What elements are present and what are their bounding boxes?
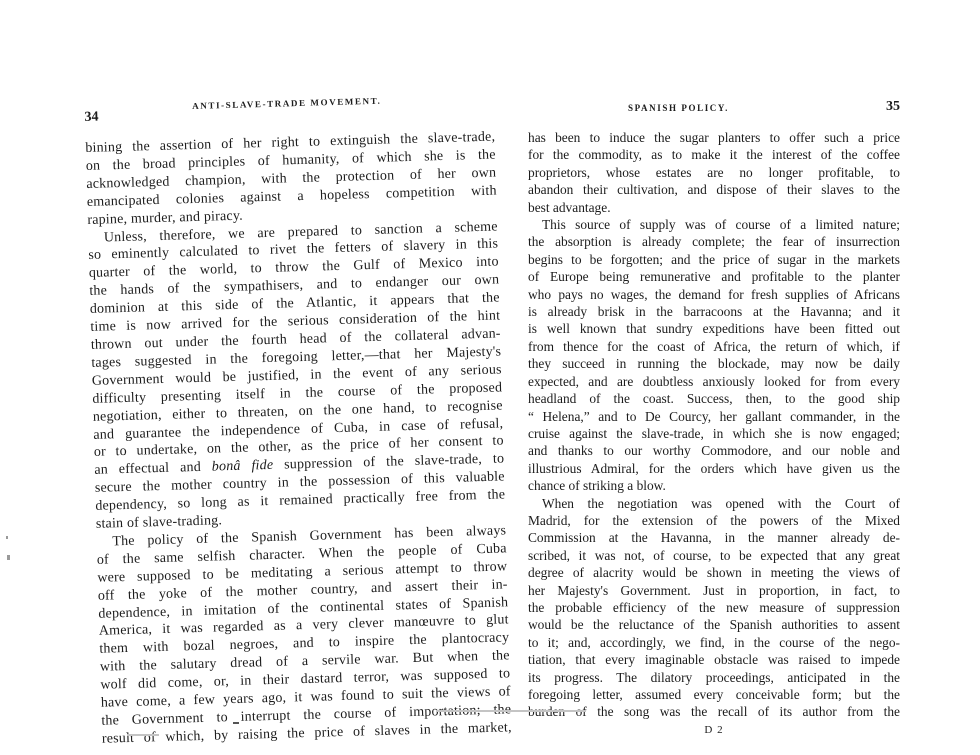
text-line: from thence for the coast of Africa, the… — [528, 338, 900, 355]
text-line: would be the reluctance of the Spanish a… — [528, 616, 900, 633]
text-line: foregoing letter, assumed every conceiva… — [528, 686, 900, 703]
left-page-number: 34 — [84, 110, 98, 126]
text-line: chance of striking a blow. — [528, 477, 900, 494]
text-line: “ Helena,” and to De Courcy, her gallant… — [528, 408, 900, 425]
text-line: When the negotiation was opened with the… — [528, 495, 900, 512]
right-running-head-title: SPANISH POLICY. — [628, 103, 729, 113]
right-page-number: 35 — [886, 99, 900, 115]
right-page-body: has been to induce the sugar planters to… — [528, 129, 900, 721]
text-line: is already brisk in the barracoons at th… — [528, 303, 900, 320]
signature-mark: D 2 — [528, 724, 900, 736]
text-line: to it; and, accordingly, we find, in the… — [528, 634, 900, 651]
text-line: tiation, that every imaginable obstacle … — [528, 651, 900, 668]
scan-noise — [436, 710, 586, 712]
text-line: they succeed in running the blockade, ma… — [528, 355, 900, 372]
text-line: abandon their cultivation, and dispose o… — [528, 181, 900, 198]
right-running-head: SPANISH POLICY. 35 — [528, 99, 900, 117]
left-page: 34 ANTI-SLAVE-TRADE MOVEMENT. bining the… — [84, 89, 512, 749]
text-line: has been to induce the sugar planters to… — [528, 129, 900, 146]
left-page-body: bining the assertion of her right to ext… — [85, 129, 512, 749]
text-line: degree of alacrity would be shown in mee… — [528, 564, 900, 581]
text-line: of Europe being remunerative and profita… — [528, 268, 900, 285]
text-line: and thanks to our worthy Commodore, and … — [528, 442, 900, 459]
text-line: proprietors, whose estates are no longer… — [528, 164, 900, 181]
left-running-head: 34 ANTI-SLAVE-TRADE MOVEMENT. — [84, 89, 494, 118]
text-line: who pays no wages, the demand for fresh … — [528, 286, 900, 303]
text-line: the probable efficiency of the new measu… — [528, 599, 900, 616]
text-line: headland of the coast. Success, then, to… — [528, 390, 900, 407]
text-line: This source of supply was of course of a… — [528, 216, 900, 233]
text-line: scribed, it was not, of course, to be ex… — [528, 547, 900, 564]
scan-speck — [7, 555, 10, 560]
text-line: its progress. The dilatory proceedings, … — [528, 669, 900, 686]
left-running-head-title: ANTI-SLAVE-TRADE MOVEMENT. — [192, 96, 382, 111]
scan-speck — [233, 722, 239, 724]
text-line: cruise against the slave-trade, in which… — [528, 425, 900, 442]
text-line: Madrid, for the extension of the powers … — [528, 512, 900, 529]
text-line: the absorption is already complete; the … — [528, 233, 900, 250]
text-line: is well known that sundry expeditions ha… — [528, 320, 900, 337]
scan-noise — [127, 734, 159, 736]
right-page: SPANISH POLICY. 35 has been to induce th… — [528, 99, 900, 736]
text-line: illustrious Admiral, for the orders whic… — [528, 460, 900, 477]
text-line: best advantage. — [528, 199, 900, 216]
text-line: for the commodity, as to make it the int… — [528, 146, 900, 163]
text-line: begins to be forgotten; and the price of… — [528, 251, 900, 268]
scan-speck — [6, 536, 8, 539]
text-line: her Majesty's Government. Just in propor… — [528, 582, 900, 599]
text-line: Commission at the Havanna, in the manner… — [528, 529, 900, 546]
text-line: burden of the song was the recall of its… — [528, 703, 900, 720]
text-line: expected, and are doubtless anxiously lo… — [528, 373, 900, 390]
